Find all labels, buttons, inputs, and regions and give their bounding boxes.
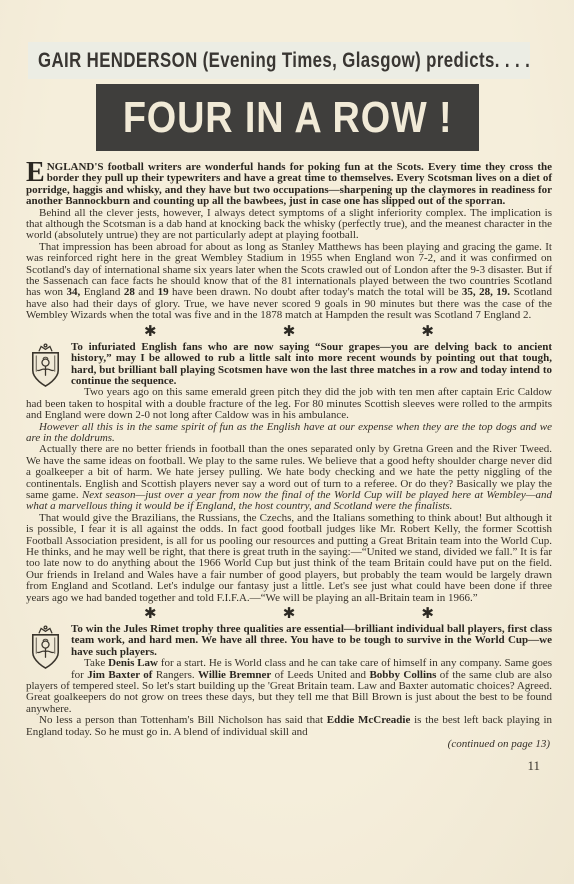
star-divider: ✱✱✱ <box>144 325 434 339</box>
text-run: 35, 28, 19. <box>462 286 510 298</box>
asterisk-star-icon: ✱ <box>283 325 296 339</box>
article-paragraph: Two years ago on this same emerald green… <box>26 387 552 421</box>
article-paragraph: However all this is in the same spirit o… <box>26 422 552 445</box>
asterisk-star-icon: ✱ <box>144 607 157 621</box>
article-body: ENGLAND'S football writers are wonderful… <box>26 162 552 771</box>
text-run: Bobby Collins <box>369 669 436 681</box>
article-paragraph: That would give the Brazilians, the Russ… <box>26 513 552 604</box>
crest-paragraph: To win the Jules Rimet trophy three qual… <box>26 624 552 658</box>
text-run: That would give the Brazilians, the Russ… <box>26 512 552 604</box>
article-paragraph: That impression has been abroad for abou… <box>26 242 552 322</box>
text-run: 28 <box>124 286 135 298</box>
article-paragraph: Take Denis Law for a start. He is World … <box>26 658 552 715</box>
page-number: 11 <box>26 760 552 771</box>
text-run: of Leeds United and <box>271 669 369 681</box>
article-paragraph: Actually there are no better friends in … <box>26 444 552 512</box>
continued-note: (continued on page 13) <box>26 739 552 750</box>
text-run: and <box>135 286 158 298</box>
text-run: No less a person than Tottenham's Bill N… <box>39 714 327 726</box>
asterisk-star-icon: ✱ <box>421 607 434 621</box>
crest-paragraph: To infuriated English fans who are now s… <box>26 342 552 388</box>
text-run: Willie Bremner <box>198 669 271 681</box>
text-run: 19 <box>158 286 169 298</box>
headline-title: FOUR IN A ROW ! <box>123 93 453 143</box>
text-run: Next season—just over a year from now th… <box>26 489 552 512</box>
text-run: However all this is in the same spirit o… <box>26 421 552 444</box>
text-run: have been drawn. No doubt after today's … <box>169 286 462 298</box>
article-paragraph: No less a person than Tottenham's Bill N… <box>26 715 552 738</box>
thistle-crest-icon <box>29 343 62 389</box>
text-run: Eddie McCreadie <box>327 714 411 726</box>
asterisk-star-icon: ✱ <box>283 607 296 621</box>
text-run: Denis Law <box>108 657 158 669</box>
drop-cap: E <box>26 162 45 184</box>
text-run: NGLAND'S football writers are wonderful … <box>26 161 552 207</box>
text-run: Behind all the clever jests, however, I … <box>26 207 552 242</box>
text-run: Rangers. <box>152 669 198 681</box>
text-run: Two years ago on this same emerald green… <box>26 386 552 421</box>
headline-banner: FOUR IN A ROW ! <box>96 84 479 151</box>
magazine-page: GAIR HENDERSON (Evening Times, Glasgow) … <box>0 0 574 884</box>
asterisk-star-icon: ✱ <box>421 325 434 339</box>
text-run: To infuriated English fans who are now s… <box>71 341 552 387</box>
kicker-band: GAIR HENDERSON (Evening Times, Glasgow) … <box>28 42 530 79</box>
text-run: Take <box>84 657 108 669</box>
article-paragraph: Behind all the clever jests, however, I … <box>26 208 552 242</box>
text-run: England <box>80 286 124 298</box>
text-run: Jim Baxter of <box>87 669 152 681</box>
article-paragraph: ENGLAND'S football writers are wonderful… <box>26 162 552 208</box>
star-divider: ✱✱✱ <box>144 607 434 621</box>
text-run: To win the Jules Rimet trophy three qual… <box>71 623 552 658</box>
text-run: 34, <box>67 286 81 298</box>
thistle-crest-icon <box>29 625 62 671</box>
asterisk-star-icon: ✱ <box>144 325 157 339</box>
kicker-headline: GAIR HENDERSON (Evening Times, Glasgow) … <box>38 49 530 73</box>
